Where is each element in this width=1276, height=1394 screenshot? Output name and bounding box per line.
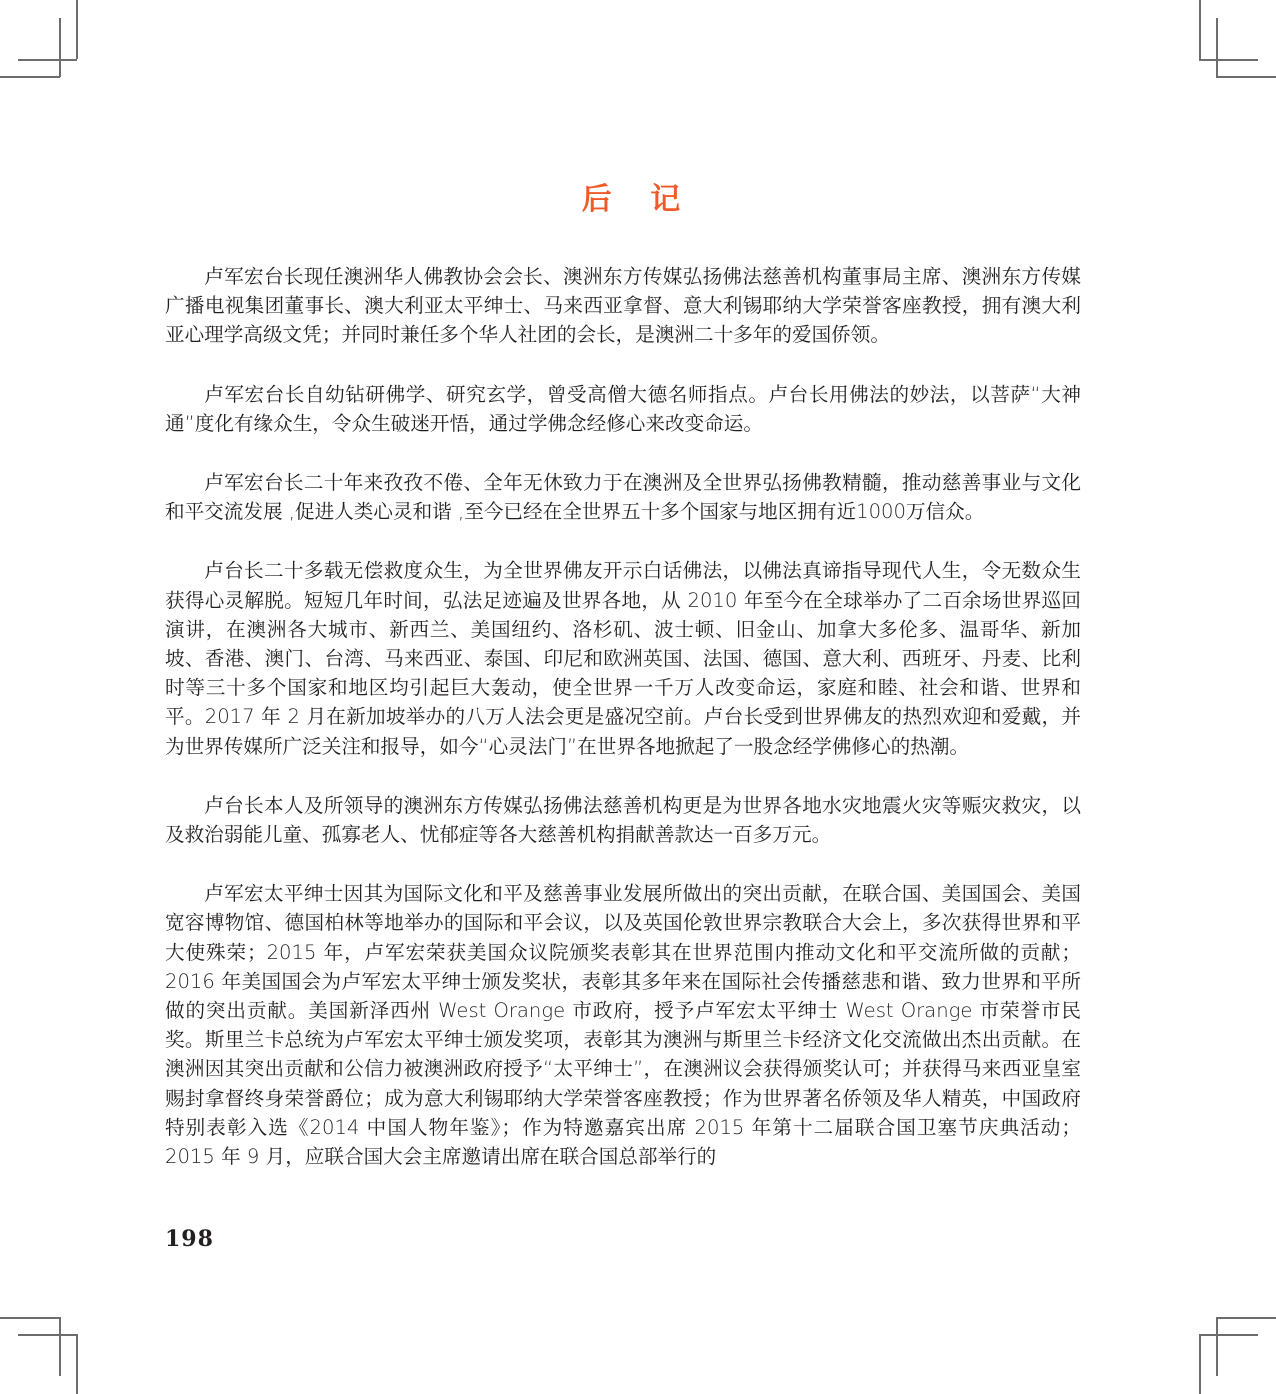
- crop-mark: [0, 1317, 60, 1319]
- crop-mark: [1199, 0, 1201, 59]
- crop-mark: [76, 1334, 78, 1394]
- crop-mark: [18, 59, 77, 61]
- crop-mark: [1216, 1317, 1276, 1319]
- paragraph: 卢军宏台长二十年来孜孜不倦、全年无休致力于在澳洲及全世界弘扬佛教精髓，推动慈善事…: [165, 468, 1081, 526]
- crop-mark: [1216, 18, 1218, 77]
- body-text: 卢军宏台长现任澳洲华人佛教协会会长、澳洲东方传媒弘扬佛法慈善机构董事局主席、澳洲…: [165, 262, 1081, 1201]
- paragraph: 卢军宏太平绅士因其为国际文化和平及慈善事业发展所做出的突出贡献，在联合国、美国国…: [165, 879, 1081, 1171]
- crop-mark: [0, 76, 60, 78]
- crop-mark: [76, 0, 78, 59]
- page-number: 198: [165, 1226, 214, 1252]
- paragraph: 卢台长二十多载无偿救度众生，为全世界佛友开示白话佛法，以佛法真谛指导现代人生，令…: [165, 556, 1081, 760]
- crop-mark: [1216, 1317, 1218, 1376]
- crop-mark: [1216, 76, 1276, 78]
- paragraph: 卢军宏台长自幼钻研佛学、研究玄学，曾受高僧大德名师指点。卢台长用佛法的妙法，以菩…: [165, 380, 1081, 438]
- paragraph: 卢台长本人及所领导的澳洲东方传媒弘扬佛法慈善机构更是为世界各地水灾地震火灾等赈灾…: [165, 791, 1081, 849]
- crop-mark: [59, 1317, 61, 1376]
- page-title: 后 记: [0, 180, 1276, 220]
- crop-mark: [18, 1334, 77, 1336]
- crop-mark: [1199, 1334, 1201, 1394]
- crop-mark: [1199, 59, 1258, 61]
- paragraph: 卢军宏台长现任澳洲华人佛教协会会长、澳洲东方传媒弘扬佛法慈善机构董事局主席、澳洲…: [165, 262, 1081, 350]
- crop-mark: [1199, 1334, 1258, 1336]
- crop-mark: [59, 18, 61, 77]
